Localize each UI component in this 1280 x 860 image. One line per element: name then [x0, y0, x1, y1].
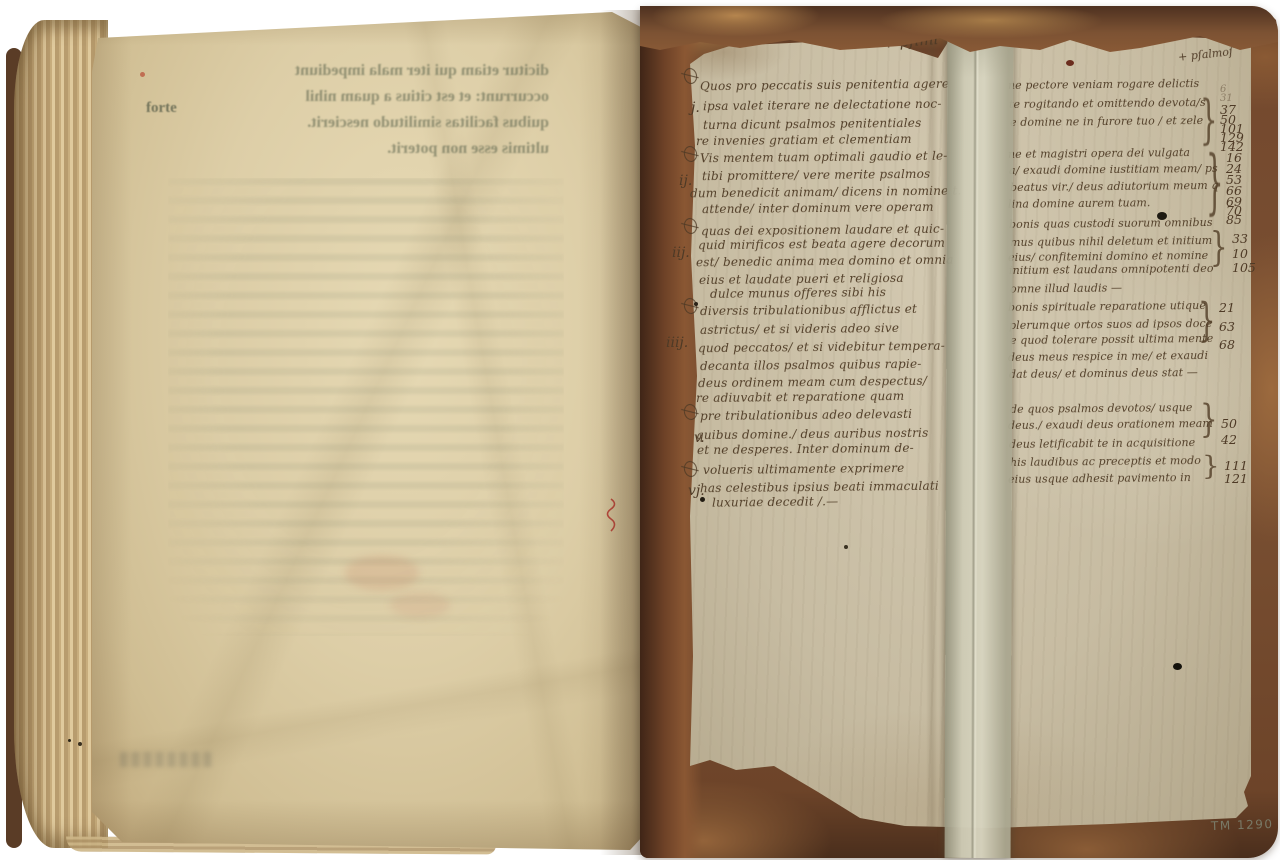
manuscript-line-col2: deus./ exaudi deus orationem meam: [1008, 417, 1213, 432]
brace-mark: }: [1198, 297, 1216, 343]
manuscript-line-col1: Vis mentem tuam optimali gaudio et le-: [700, 149, 948, 166]
psalm-number: 50: [1221, 416, 1237, 431]
manuscript-line-col2: te rogitando et omittendo devota/s: [1009, 96, 1206, 111]
speck: [694, 302, 698, 306]
psalm-number: 10: [1232, 246, 1248, 261]
manuscript-line-col2: bonis quas custodi suorum omnibus: [1009, 216, 1213, 231]
psalm-number: 63: [1219, 319, 1235, 334]
manuscript-line-col1: quod peccatos/ et si videbitur tempera-: [698, 339, 945, 356]
manuscript-line-col2: lina domine aurem tuam.: [1008, 196, 1151, 210]
manuscript-line-col2: e quod tolerare possit ultima mente: [1010, 332, 1213, 347]
paragraph-mark-icon: [682, 217, 698, 235]
manuscript-line-col2: dat deus/ et dominus deus stat —: [1009, 366, 1198, 381]
red-brown-spot: [1066, 60, 1074, 66]
manuscript-photo: dicitur etiam qui iter mala impediunt oc…: [0, 0, 1280, 860]
margin-numeral: j.: [691, 100, 700, 116]
manuscript-line-col1: deus ordinem meam cum despectus/: [698, 374, 927, 390]
manuscript-line-col1: tibi promittere/ vere merite psalmos: [702, 167, 931, 183]
tape-crease: [971, 28, 980, 858]
brace-mark: }: [1206, 147, 1224, 217]
brace-mark: }: [1200, 400, 1218, 438]
manuscript-line-col1: ipsa valet iterare ne delectatione noc-: [703, 97, 942, 113]
manuscript-line-col2: bonis spirituale reparatione utique: [1008, 299, 1206, 314]
margin-numeral: iiij.: [666, 335, 688, 351]
margin-numeral: iij.: [672, 245, 690, 261]
manuscript-line-col1: et ne desperes. Inter dominum de-: [697, 441, 914, 457]
manuscript-line-col2: de quos psalmos devotos/ usque: [1010, 401, 1193, 416]
paragraph-mark-icon: [682, 67, 698, 85]
manuscript-line-col2: deus letificabit te in acquisitione: [1009, 436, 1195, 451]
manuscript-line-col2: beatus vir./ deus adiutorium meum q: [1010, 179, 1219, 194]
ink-blot: [1157, 212, 1167, 220]
paragraph-mark-icon: [682, 403, 698, 421]
manuscript-line-col2: ne pectore veniam rogare delictis: [1008, 77, 1199, 92]
manuscript-line-col1: attende/ inter dominum vere operam: [702, 200, 934, 216]
repair-tape-strip: [945, 28, 1014, 858]
psalm-number: 121: [1224, 471, 1248, 486]
psalm-number: 21: [1219, 300, 1235, 315]
psalm-number: 105: [1232, 260, 1256, 275]
manuscript-line-col1: diversis tribulationibus afflictus et: [700, 302, 917, 318]
manuscript-line-col2: ne et magistri opera dei vulgata: [1008, 146, 1190, 161]
paragraph-mark-icon: [682, 297, 698, 315]
manuscript-line-col1: volueris ultimamente exprimere: [703, 461, 905, 477]
ink-blot: [1173, 663, 1182, 670]
manuscript-line-col1: astrictus/ et si videris adeo sive: [700, 321, 899, 337]
manuscript-line-col2: e domine ne in furore tuo / et zele: [1010, 114, 1203, 129]
manuscript-line-col2: his laudibus ac preceptis et modo: [1010, 454, 1201, 469]
manuscript-line-col1: re adiuvabit et reparatione quam: [696, 389, 904, 405]
manuscript-line-col2: plerumque ortos suos ad ipsos doce: [1009, 317, 1212, 332]
paragraph-mark-icon: [682, 460, 698, 478]
manuscript-line-col2: deus meus respice in me/ et exaudi: [1008, 349, 1208, 364]
manuscript-line-col1: Quos pro peccatis suis penitentia agere: [700, 77, 949, 94]
manuscript-line-col2: mus quibus nihil deletum et initium: [1010, 234, 1212, 249]
manuscript-line-col1: re invenies gratiam et clementiam: [696, 132, 912, 148]
margin-numeral: v.: [694, 430, 705, 446]
manuscript-line-col1: est/ benedic anima mea domino et omnia: [696, 253, 954, 270]
margin-numeral: ij.: [679, 173, 692, 189]
manuscript-line-col2: a/ exaudi domine iustitiam meam/ ps: [1009, 162, 1218, 177]
manuscript-line-col2: initium est laudans omnipotenti deo: [1009, 262, 1214, 277]
shelfmark-label: TM 1290: [1211, 817, 1274, 833]
psalm-number: 85: [1226, 212, 1242, 227]
handwriting-layer: Quos pro peccatis suis penitentia agerei…: [0, 0, 1280, 860]
brace-mark: }: [1200, 94, 1218, 146]
psalm-number: 33: [1232, 231, 1248, 246]
manuscript-line-col2: omne illud laudis —: [1010, 281, 1122, 295]
manuscript-line-col1: decanta illos psalmos quibus rapie-: [700, 357, 922, 373]
psalm-number: 42: [1221, 432, 1237, 447]
manuscript-line-col1: turna dicunt psalmos penitentiales: [703, 116, 922, 132]
manuscript-line-col1: has celestibus ipsius beati immaculati: [700, 479, 939, 496]
manuscript-line-col1: pre tribulationibus adeo delevasti: [700, 407, 912, 423]
manuscript-line-col1: dulce munus offeres sibi his: [710, 285, 886, 301]
manuscript-line-col1: quibus domine./ deus auribus nostris: [696, 426, 929, 442]
brace-mark: }: [1210, 227, 1228, 267]
speck: [844, 545, 848, 549]
manuscript-line-col1: dum benedicit animam/ dicens in nomine t…: [690, 184, 962, 201]
manuscript-line-col1: quid mirificos est beata agere decorum: [698, 236, 945, 253]
speck: [700, 497, 705, 502]
brace-mark: }: [1202, 453, 1220, 479]
manuscript-line-col2: eius usque adhesit pavimento in: [1008, 471, 1191, 486]
psalm-number: 68: [1219, 337, 1235, 352]
manuscript-line-col1: luxuriae decedit /.—: [712, 494, 838, 509]
